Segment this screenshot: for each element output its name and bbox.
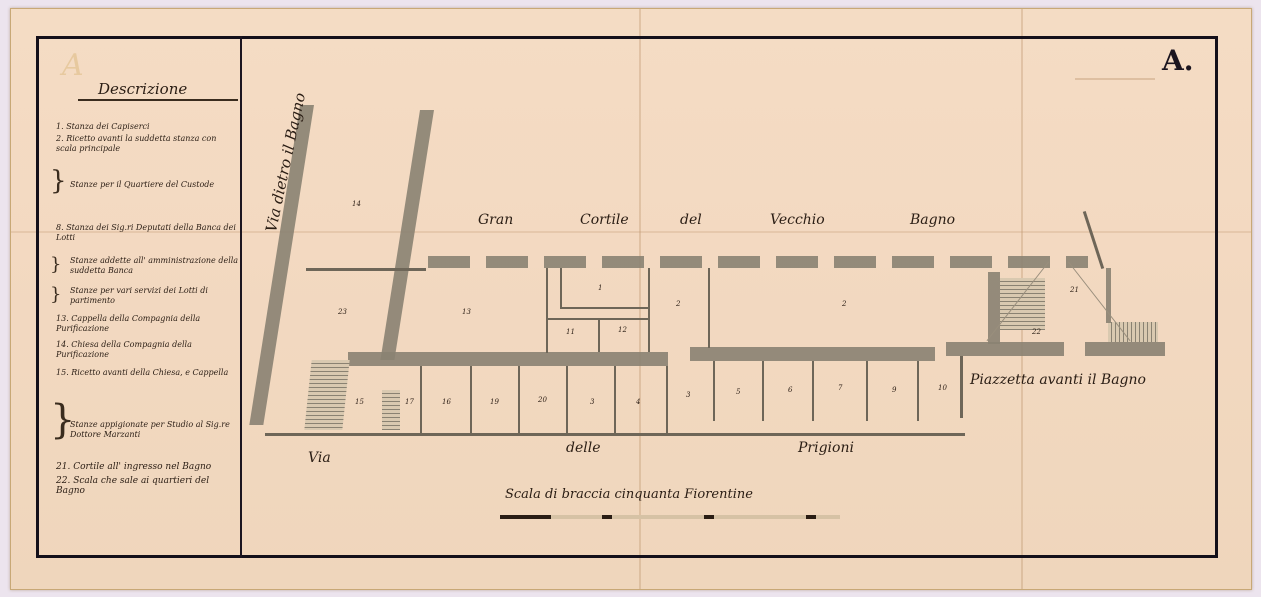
room-number: 16 <box>442 398 451 406</box>
legend-item: 2. Ricetto avanti la suddetta stanza con… <box>56 134 236 154</box>
brace-icon: } <box>50 284 61 305</box>
courtyard-wall <box>428 256 1088 268</box>
wall <box>666 366 668 434</box>
wall <box>988 272 1000 344</box>
street-label-word: delle <box>566 440 601 456</box>
wall <box>518 366 520 434</box>
room-number: 9 <box>892 386 896 394</box>
scale-bar <box>500 515 840 519</box>
wall <box>812 361 814 421</box>
room-number: 1 <box>598 284 602 292</box>
faint-sheet-letter: A <box>62 48 84 83</box>
staircase <box>382 390 400 430</box>
room-number: 3 <box>686 391 690 399</box>
wall <box>306 268 426 271</box>
room-number: 7 <box>838 384 842 392</box>
brace-icon: } <box>50 168 67 194</box>
wall <box>866 361 868 421</box>
street-label-word: Prigioni <box>798 440 854 456</box>
staircase <box>1000 278 1045 330</box>
room-number: 14 <box>352 200 361 208</box>
wall <box>762 361 764 421</box>
scale-caption: Scala di braccia cinquanta Fiorentine <box>505 487 753 502</box>
legend-item: 8. Stanza dei Sig.ri Deputati della Banc… <box>56 223 236 243</box>
corridor-wall <box>946 342 1064 356</box>
legend-item: Stanze per vari servizi dei Lotti di par… <box>70 286 250 306</box>
legend-title: Descrizione <box>98 80 187 98</box>
room-number: 13 <box>462 308 471 316</box>
room-number: 3 <box>590 398 594 406</box>
staircase <box>304 360 349 430</box>
legend-item: 13. Cappella della Compagnia della Purif… <box>56 314 236 334</box>
legend-title-rule <box>78 99 238 101</box>
room-number: 19 <box>490 398 499 406</box>
wall <box>566 366 568 434</box>
wall <box>598 318 600 352</box>
room-number: 15 <box>355 398 364 406</box>
wall <box>708 268 710 348</box>
legend-item: Stanze appigionate per Studio al Sig.re … <box>70 420 250 440</box>
room-number: 5 <box>736 388 740 396</box>
wall <box>420 366 422 434</box>
legend-item: 21. Cortile all' ingresso nel Bagno <box>56 462 236 472</box>
legend-item: 14. Chiesa della Compagnia della Purific… <box>56 340 236 360</box>
wall <box>546 268 548 353</box>
courtyard-label-word: Bagno <box>910 212 955 228</box>
courtyard-label-word: Cortile <box>580 212 629 228</box>
wall <box>560 268 562 308</box>
wall <box>560 307 650 309</box>
courtyard-label-word: Gran <box>478 212 513 228</box>
legend-item: Stanze per il Quartiere del Custode <box>70 180 250 190</box>
courtyard-label-word: Vecchio <box>770 212 825 228</box>
courtyard-label-word: del <box>680 212 702 228</box>
piazzetta-label: Piazzetta avanti il Bagno <box>970 372 1146 388</box>
corridor-wall <box>348 352 668 366</box>
room-number: 11 <box>566 328 575 336</box>
room-number: 21 <box>1070 286 1079 294</box>
faint-bleedthrough <box>1075 78 1155 80</box>
legend-item: 1. Stanza dei Capiserci <box>56 122 236 132</box>
room-number: 6 <box>788 386 792 394</box>
wall <box>648 268 650 352</box>
legend-item: Stanze addette all' amministrazione dell… <box>70 256 250 276</box>
room-number: 17 <box>405 398 414 406</box>
room-number: 2 <box>676 300 680 308</box>
wall <box>713 361 715 421</box>
corridor-wall <box>690 347 935 361</box>
wall <box>470 366 472 434</box>
wall <box>917 361 919 421</box>
room-number: 20 <box>538 396 547 404</box>
corridor-wall <box>1085 342 1165 356</box>
room-number: 10 <box>938 384 947 392</box>
room-number: 22 <box>1032 328 1041 336</box>
brace-icon: } <box>50 254 61 275</box>
wall <box>614 366 616 434</box>
room-number: 12 <box>618 326 627 334</box>
street-label-word: Via <box>308 450 331 466</box>
wall <box>960 356 963 418</box>
room-number: 4 <box>636 398 640 406</box>
staircase <box>1108 322 1158 342</box>
room-number: 2 <box>842 300 846 308</box>
sheet-letter: A. <box>1162 44 1193 77</box>
room-number: 23 <box>338 308 347 316</box>
legend-item: 22. Scala che sale ai quartieri del Bagn… <box>56 476 236 496</box>
legend-item: 15. Ricetto avanti della Chiesa, e Cappe… <box>56 368 236 378</box>
